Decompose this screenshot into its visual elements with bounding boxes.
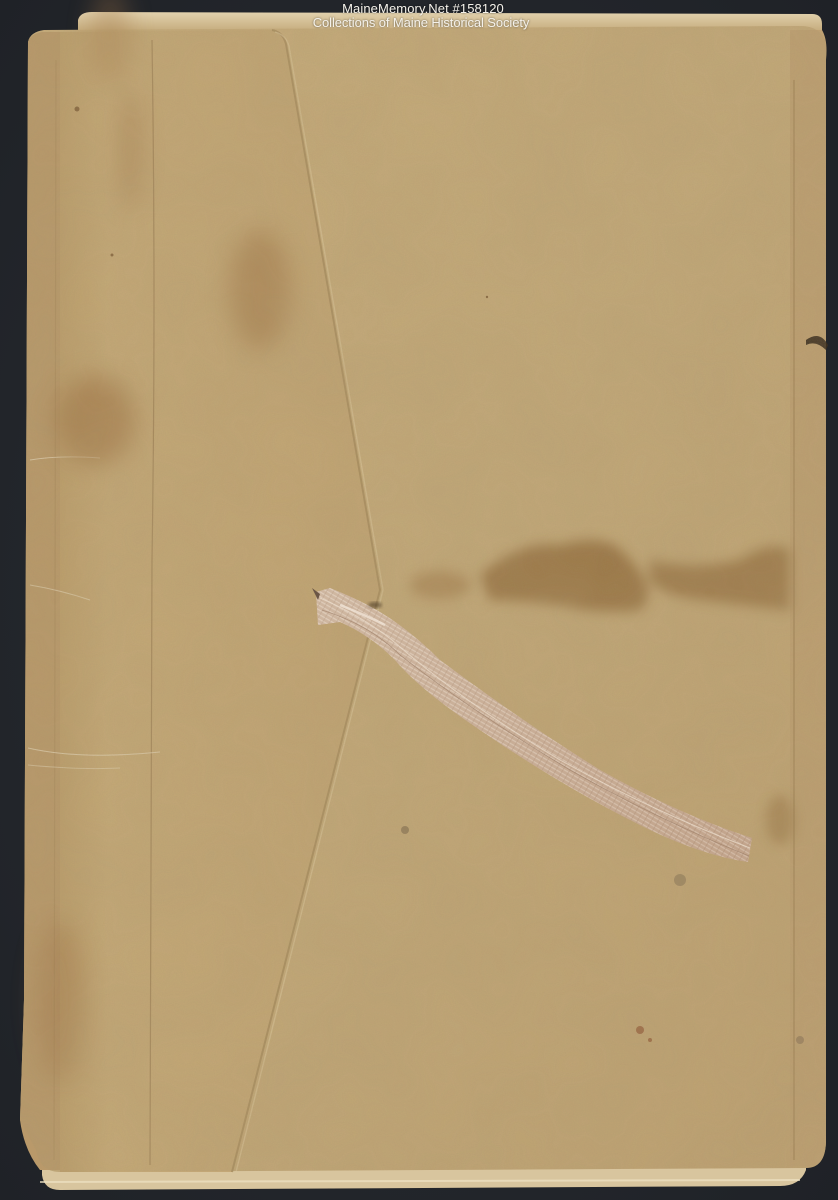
book-photo [0,0,838,1200]
photo-stage: MaineMemory.Net #158120 Collections of M… [0,0,838,1200]
